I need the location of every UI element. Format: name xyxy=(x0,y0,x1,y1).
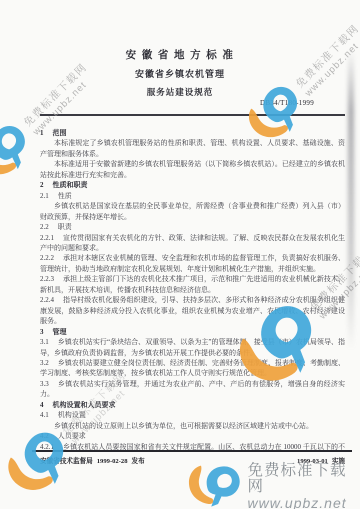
clause-text: 宣传贯彻国家有关农机化的方针、政策、法律和法规。了解、反映农民群众在发展农机化生… xyxy=(40,234,345,252)
clause-text: 承担上级主管部门下达的农机化技术推广项目，示范和推广先进适用的农业机械化新技术、… xyxy=(40,275,345,293)
standard-number: DB34/T180-1999 xyxy=(260,99,314,107)
paragraph: 2.2.1宣传贯彻国家有关农机化的方针、政策、法律和法规。了解、反映农民群众在发… xyxy=(40,233,345,254)
header-divider xyxy=(40,114,345,116)
paragraph: 2.2.2承担对本辖区农业机械的管理、安全监理和农机市场的监督管理工作，负责搞好… xyxy=(40,253,345,274)
clause-number: 4 xyxy=(40,401,44,409)
clause-text: 性质 xyxy=(58,192,72,200)
paragraph: 2性质和职责 xyxy=(40,180,345,190)
issue-label: 发布 xyxy=(132,458,145,465)
paragraph: 3.2乡镇农机站要建立健全岗位责任制、经济责任制、完善财务管理制度、报表制度、考… xyxy=(40,358,345,379)
document-page: 免费标准下载网 www.upbz.net 免费标准下载网 www.upbz.ne… xyxy=(0,0,360,509)
watermark-text: 免费标准下载网 www.upbz.net xyxy=(247,463,360,509)
clause-number: 4.1 xyxy=(40,411,49,419)
footer-divider xyxy=(32,450,352,452)
issue-date: 1999-02-28 xyxy=(97,458,128,465)
clause-number: 2.2.3 xyxy=(40,275,54,283)
paragraph: 本标准适用于安徽省新建的乡镇农机管理服务站（以下简称乡镇农机站）。已经建立的乡镇… xyxy=(40,159,345,180)
issuer: 安徽省技术监督局 xyxy=(40,458,93,465)
clause-text: 乡镇农机站的设立原则上以乡镇为单位，也可根据需要以经济区域建片站或中心站。 xyxy=(54,422,313,430)
paragraph: 2.2.4指导村级农机化服务组织建设，引导、扶持多层次、多形式和各种经济成分农机… xyxy=(40,295,345,326)
watermark-site-name: 免费标准下载网 xyxy=(247,463,360,496)
paragraph: 2.2职责 xyxy=(40,222,345,232)
clause-text: 范围 xyxy=(53,129,67,137)
standard-category-title: 安 徽 省 地 方 标 准 xyxy=(0,47,360,62)
clause-number: 2.2.1 xyxy=(40,234,54,242)
paragraph: 3管理 xyxy=(40,327,345,337)
clause-text: 本标准规定了乡镇农机管理服务站的性质和职责、管理、机构设置、人员要求、基础设施、… xyxy=(40,139,345,157)
clause-text: 乡镇农机站实行“条块结合、双重领导、以条为主”的管理体制，接受县（市）农机局领导… xyxy=(40,338,345,356)
clause-text: 性质和职责 xyxy=(53,181,88,189)
paragraph: 乡镇农机站的设立原则上以乡镇为单位，也可根据需要以经济区域建片站或中心站。 xyxy=(40,421,345,431)
upbz-logo-icon xyxy=(186,463,242,509)
paragraph: 本标准规定了乡镇农机管理服务站的性质和职责、管理、机构设置、人员要求、基础设施、… xyxy=(40,138,345,159)
clause-text: 本标准适用于安徽省新建的乡镇农机管理服务站（以下简称乡镇农机站）。已经建立的乡镇… xyxy=(40,160,345,178)
paragraph: 1范围 xyxy=(40,128,345,138)
upbz-logo-icon xyxy=(0,115,43,190)
paragraph: 3.3乡镇农机站实行站务管理，并通过为农业产前、产中、产后的有偿服务，增强自身的… xyxy=(40,379,345,400)
clause-number: 3.2 xyxy=(40,359,49,367)
clause-number: 3 xyxy=(40,328,44,336)
implementation-date: 1999-03-01 xyxy=(297,458,328,465)
clause-text: 人员要求 xyxy=(58,432,86,440)
clause-text: 乡镇农机站是国家设在基层的全民事业单位，所需经费（含事业费和推广经费）列入县（市… xyxy=(40,202,345,220)
clause-number: 2.2 xyxy=(40,223,49,231)
paragraph: 乡镇农机站是国家设在基层的全民事业单位，所需经费（含事业费和推广经费）列入县（市… xyxy=(40,201,345,222)
paragraph: 4.2人员要求 xyxy=(40,431,345,441)
clause-number: 2.1 xyxy=(40,192,49,200)
clause-number: 3.3 xyxy=(40,380,49,388)
clause-text: 指导村级农机化服务组织建设，引导、扶持多层次、多形式和各种经济成分农机服务组织健… xyxy=(40,296,345,325)
paragraph: 2.1性质 xyxy=(40,191,345,201)
watermark-banner-bottom-right: 免费标准下载网 www.upbz.net xyxy=(186,463,360,509)
clause-text: 职责 xyxy=(58,223,72,231)
watermark-site-url: www.upbz.net xyxy=(247,496,360,509)
issue-info: 安徽省技术监督局1999-02-28发布 xyxy=(40,455,145,465)
implementation-info: 1999-03-01实施 xyxy=(297,455,345,465)
paragraph: 4机构设置和人员要求 xyxy=(40,400,345,410)
clause-number: 3.1 xyxy=(40,338,49,346)
paragraph: 3.1乡镇农机站实行“条块结合、双重领导、以条为主”的管理体制，接受县（市）农机… xyxy=(40,337,345,358)
clause-text: 机构设置和人员要求 xyxy=(53,401,116,409)
clause-number: 2 xyxy=(40,181,44,189)
implementation-label: 实施 xyxy=(332,458,345,465)
paragraph: 2.2.3承担上级主管部门下达的农机化技术推广项目，示范和推广先进适用的农业机械… xyxy=(40,274,345,295)
clause-number: 1 xyxy=(40,129,44,137)
clause-text: 机构设置 xyxy=(58,411,86,419)
clause-text: 乡镇农机站要建立健全岗位责任制、经济责任制、完善财务管理制度、报表制度、考勤制度… xyxy=(40,359,345,377)
clause-number: 4.2 xyxy=(40,432,49,440)
document-title-line2: 服务站建设规范 xyxy=(0,86,360,98)
document-title-line1: 安徽省乡镇农机管理 xyxy=(0,67,360,80)
clause-text: 乡镇农机站实行站务管理，并通过为农业产前、产中、产后的有偿服务，增强自身的经济实… xyxy=(40,380,345,398)
document-footer: 安徽省技术监督局1999-02-28发布 1999-03-01实施 xyxy=(40,455,345,465)
clause-number: 2.2.4 xyxy=(40,296,54,304)
document-body: 1范围 本标准规定了乡镇农机管理服务站的性质和职责、管理、机构设置、人员要求、基… xyxy=(40,128,345,451)
clause-text: 管理 xyxy=(53,328,67,336)
paragraph: 4.1机构设置 xyxy=(40,410,345,420)
clause-text: 承担对本辖区农业机械的管理、安全监理和农机市场的监督管理工作，负责搞好农机服务、… xyxy=(40,254,345,272)
clause-number: 2.2.2 xyxy=(40,254,54,262)
